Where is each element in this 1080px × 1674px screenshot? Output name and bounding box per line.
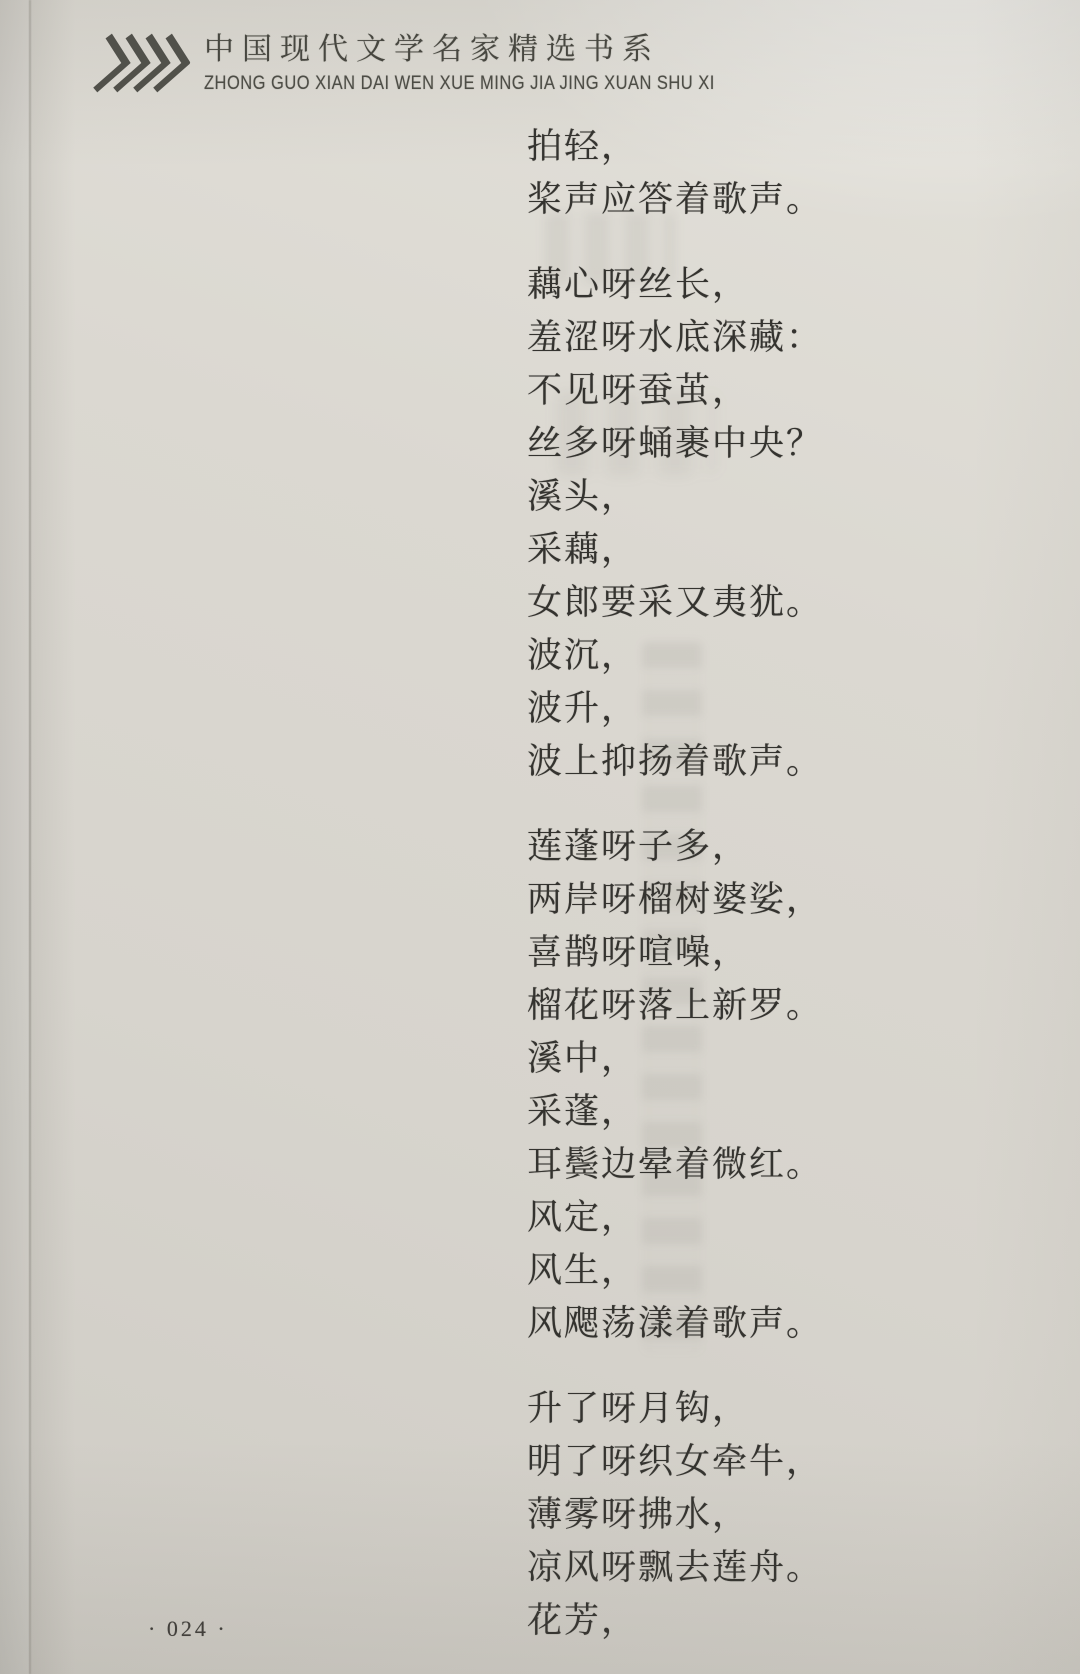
page-number: · 024 · <box>148 1616 228 1642</box>
poem-line: 溪头， <box>527 470 823 523</box>
page-edge <box>0 0 29 1674</box>
poem-stanza: 藕心呀丝长，羞涩呀水底深藏：不见呀蚕茧，丝多呀蛹裹中央？溪头，采藕，女郎要采又夷… <box>527 258 823 788</box>
poem-stanza: 拍轻，桨声应答着歌声。 <box>527 120 823 226</box>
poem-line: 拍轻， <box>527 120 823 173</box>
poem-line: 耳鬓边晕着微红。 <box>527 1138 823 1191</box>
poem-line: 明了呀织女牵牛， <box>527 1435 823 1488</box>
book-page-photo: 中国现代文学名家精选书系 ZHONG GUO XIAN DAI WEN XUE … <box>0 0 1080 1674</box>
quad-chevron-right-icon <box>90 30 198 96</box>
poem-line: 榴花呀落上新罗。 <box>527 979 823 1032</box>
poem-line: 莲蓬呀子多， <box>527 820 823 873</box>
poem-line: 喜鹊呀喧噪， <box>527 926 823 979</box>
poem-line: 风定， <box>527 1191 823 1244</box>
poem-stanza: 莲蓬呀子多，两岸呀榴树婆娑，喜鹊呀喧噪，榴花呀落上新罗。溪中，采蓬，耳鬓边晕着微… <box>527 820 823 1350</box>
poem-line: 采藕， <box>527 523 823 576</box>
poem-line: 波沉， <box>527 629 823 682</box>
series-titles: 中国现代文学名家精选书系 ZHONG GUO XIAN DAI WEN XUE … <box>204 24 731 92</box>
page-crease-line <box>29 0 31 1674</box>
poem-line: 波上抑扬着歌声。 <box>527 735 823 788</box>
poem-line: 溪中， <box>527 1032 823 1085</box>
poem-line: 升了呀月钩， <box>527 1382 823 1435</box>
poem-line: 波升， <box>527 682 823 735</box>
poem-line: 羞涩呀水底深藏： <box>527 311 823 364</box>
poem-line: 桨声应答着歌声。 <box>527 173 823 226</box>
poem-line: 薄雾呀拂水， <box>527 1488 823 1541</box>
series-title-pinyin: ZHONG GUO XIAN DAI WEN XUE MING JIA JING… <box>204 72 715 94</box>
poem: 拍轻，桨声应答着歌声。藕心呀丝长，羞涩呀水底深藏：不见呀蚕茧，丝多呀蛹裹中央？溪… <box>527 120 823 1647</box>
poem-line: 女郎要采又夷犹。 <box>527 576 823 629</box>
poem-line: 藕心呀丝长， <box>527 258 823 311</box>
series-title-chinese: 中国现代文学名家精选书系 <box>204 24 731 68</box>
series-header: 中国现代文学名家精选书系 ZHONG GUO XIAN DAI WEN XUE … <box>98 24 731 96</box>
poem-line: 凉风呀飘去莲舟。 <box>527 1541 823 1594</box>
poem-line: 两岸呀榴树婆娑， <box>527 873 823 926</box>
poem-line: 采蓬， <box>527 1085 823 1138</box>
poem-stanza: 升了呀月钩，明了呀织女牵牛，薄雾呀拂水，凉风呀飘去莲舟。花芳， <box>527 1382 823 1647</box>
poem-line: 花芳， <box>527 1594 823 1647</box>
poem-line: 风飔荡漾着歌声。 <box>527 1297 823 1350</box>
poem-line: 丝多呀蛹裹中央？ <box>527 417 823 470</box>
poem-line: 风生， <box>527 1244 823 1297</box>
poem-line: 不见呀蚕茧， <box>527 364 823 417</box>
